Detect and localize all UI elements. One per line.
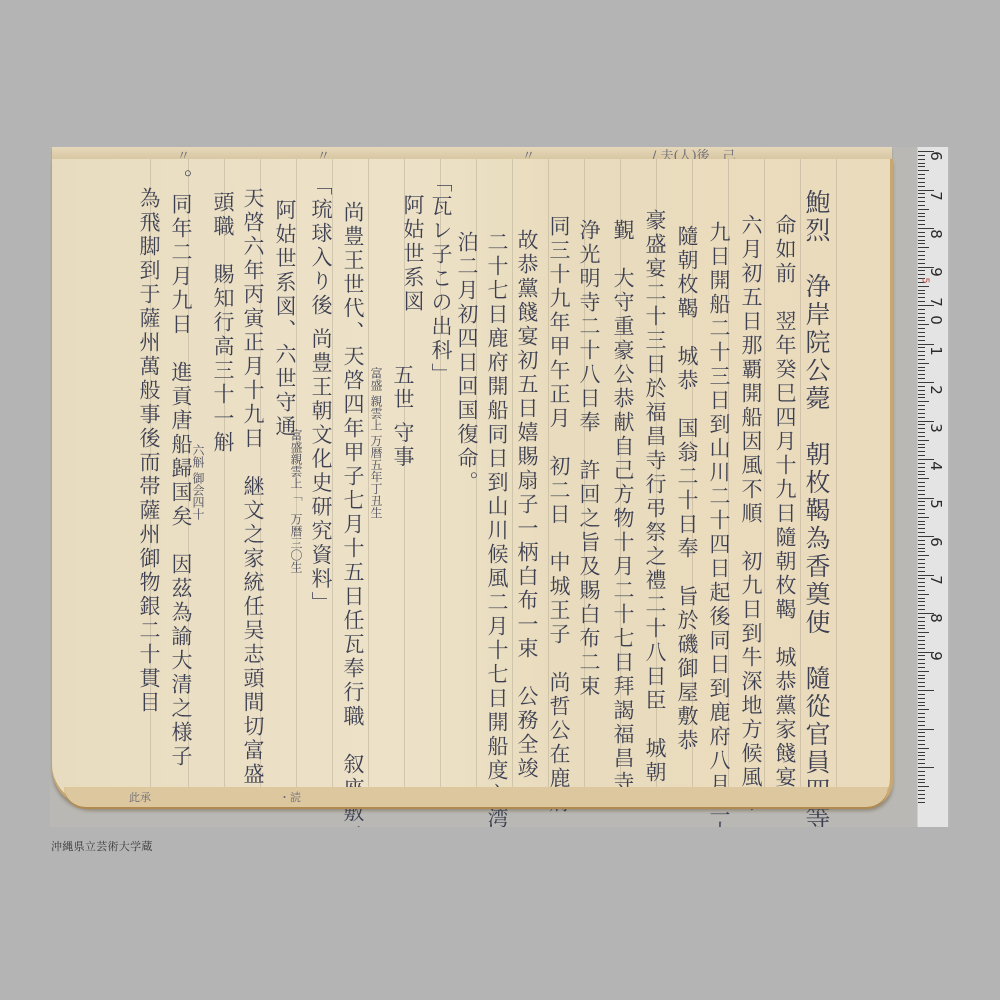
ruler-tick	[918, 440, 929, 441]
ruler-tick	[918, 671, 929, 672]
ruler-tick	[918, 270, 925, 271]
ruler-tick	[918, 320, 925, 321]
ruler-tick	[918, 471, 925, 472]
ruler-tick	[918, 447, 925, 448]
ruler-tick	[918, 328, 925, 329]
ruler-tick	[918, 494, 925, 495]
ruler-tick	[918, 332, 925, 333]
ruler-tick	[918, 763, 925, 764]
ruler-tick	[918, 293, 925, 294]
handwritten-note: 六斛 御会四十	[192, 444, 204, 520]
ruler-tick	[918, 251, 925, 252]
ruler-tick	[918, 197, 925, 198]
ruler-tick	[918, 548, 925, 549]
handwritten-column: 六月初五日那覇開船因風不順 初九日到牛深地方候風十	[740, 214, 761, 814]
ruler-label: 2	[927, 385, 945, 395]
collection-credit: 沖縄県立芸術大学蔵	[51, 838, 153, 854]
ruler-tick	[918, 771, 925, 772]
ruler-tick	[918, 297, 925, 298]
ruler-tick	[918, 224, 925, 225]
ruler-tick	[918, 786, 929, 787]
handwritten-note: 富盛親雲上「 万暦三〇生	[290, 429, 302, 573]
ruler-tick	[918, 451, 925, 452]
ruler-tick	[918, 186, 925, 187]
ruler-tick	[918, 274, 925, 275]
ruler-tick	[918, 775, 925, 776]
ruler-tick	[918, 524, 925, 525]
ruler-tick	[918, 193, 925, 194]
ruler-tick	[918, 729, 934, 730]
ruler-tick	[918, 732, 925, 733]
ruler-tick	[918, 363, 929, 364]
ruler-label: 7	[927, 575, 945, 585]
ruler-tick	[918, 247, 929, 248]
ruler-tick	[918, 490, 925, 491]
ruler-tick	[918, 286, 929, 287]
ruler-tick	[918, 359, 925, 360]
ruler-tick	[918, 755, 925, 756]
ruler-tick	[918, 417, 925, 418]
ruler-tick	[918, 240, 925, 241]
handwritten-column: 浄光明寺二十八日奉 許回之旨及賜白布二束	[578, 219, 599, 699]
ruler-tick	[918, 390, 925, 391]
ruler-tick	[918, 347, 925, 348]
ruler-label-red: 5	[920, 277, 931, 283]
ruler-tick	[918, 216, 925, 217]
ruler-tick	[918, 628, 925, 629]
ruler-tick	[918, 513, 925, 514]
ruler-tick	[918, 255, 925, 256]
handwritten-column: 頭職 賜知行高三十一斛	[212, 191, 233, 455]
ruler-tick	[918, 644, 925, 645]
handwritten-column: 。同年二月九日 進貢唐船歸国矣 因茲為諭大清之様子	[170, 169, 191, 769]
ruler-tick	[918, 759, 925, 760]
ruler-tick	[918, 740, 925, 741]
handwritten-column: 鮑烈 浄岸院公薨 朝枚鞨為香奠使 隨從官員四等奉	[804, 189, 829, 827]
ruler-tick	[918, 598, 925, 599]
ruler-tick	[918, 344, 934, 345]
ruler-tick	[918, 351, 925, 352]
ruler-tick	[918, 459, 934, 460]
handwritten-column: 阿姑世系図、六世守通	[274, 199, 295, 439]
ruler-label: 7	[927, 191, 945, 201]
handwritten-column: 二十七日鹿府開船同日到山川候風二月十七日開船度之湾	[486, 231, 507, 827]
ruler-tick	[918, 205, 925, 206]
ruler-tick	[918, 290, 925, 291]
ruler-tick	[918, 717, 925, 718]
ruler-tick	[918, 705, 925, 706]
ruler-tick	[918, 609, 925, 610]
ruler-tick	[918, 166, 925, 167]
ruler-tick	[918, 636, 925, 637]
ruler-tick	[918, 659, 925, 660]
handwritten-column: 同三十九年甲午正月 初二日 中城王子 尚哲公在鹿府	[548, 215, 569, 815]
ruler-tick	[918, 682, 925, 683]
ruler-tick	[918, 767, 934, 768]
ruler-tick	[918, 563, 925, 564]
ruler-tick	[918, 313, 925, 314]
ruler-tick	[918, 374, 925, 375]
ruler-tick	[918, 259, 925, 260]
ruler-tick	[918, 521, 925, 522]
ruler-tick	[918, 605, 925, 606]
handwritten-column: 尚豊王世代、天啓四年甲子七月十五日任瓦奉行職 叙座敷、（年48）	[342, 201, 363, 827]
ruler-tick	[918, 794, 925, 795]
ruler-label: 6	[927, 151, 945, 161]
ruler-tick	[918, 698, 925, 699]
handwritten-note: 富盛 親雲上 万暦五年丁丑生	[370, 367, 382, 519]
ruler-tick	[918, 678, 925, 679]
ruled-line	[764, 159, 765, 797]
handwritten-column: 豪盛宴二十三日於福昌寺行弔祭之禮二十八日臣 城朝	[644, 209, 665, 785]
ruler-tick	[918, 532, 925, 533]
ruler-tick	[918, 409, 925, 410]
ruled-line	[512, 159, 513, 797]
ruler-tick	[918, 790, 925, 791]
ruler-tick	[918, 236, 925, 237]
ruler-tick	[918, 486, 925, 487]
ruler-tick	[918, 578, 925, 579]
ruler-label: 7	[927, 297, 945, 307]
ruler-tick	[918, 394, 925, 395]
ruler-tick	[918, 467, 925, 468]
ruler-tick	[918, 317, 925, 318]
edge-mark: 此承	[129, 789, 151, 805]
edge-mark: ・読	[279, 789, 301, 805]
ruler-tick	[918, 478, 929, 479]
ruler-tick	[918, 798, 925, 799]
ruler-tick	[918, 571, 925, 572]
ruler-tick	[918, 779, 925, 780]
ruler-tick	[918, 617, 925, 618]
ruler-tick	[918, 213, 925, 214]
ruler-tick	[918, 601, 925, 602]
ruler-tick	[918, 544, 925, 545]
ruler-tick	[918, 528, 925, 529]
ruler-label: 8	[927, 229, 945, 239]
ruler-tick	[918, 386, 925, 387]
ruler-tick	[918, 436, 925, 437]
ruler-label: 3	[927, 423, 945, 433]
handwritten-column: 覲 大守重豪公恭献自己方物十月二十七日拜謁福昌寺	[612, 219, 633, 795]
ruler-tick	[918, 505, 925, 506]
ruler-tick	[918, 686, 925, 687]
ruler-tick	[918, 482, 925, 483]
ruler-label: 4	[927, 461, 945, 471]
ruler-tick	[918, 709, 929, 710]
ruler-tick	[918, 586, 925, 587]
ruler-tick	[918, 551, 925, 552]
handwritten-column: 隨朝枚鞨 城恭 国翁二十日奉 旨於磯御屋敷恭	[676, 225, 697, 753]
ruler-tick	[918, 201, 925, 202]
ruled-line	[836, 159, 837, 797]
ruler-tick	[918, 559, 925, 560]
notebook-spread: 鮑烈 浄岸院公薨 朝枚鞨為香奠使 隨從官員四等奉 命如前 翌年癸巳四月十九日隨朝…	[52, 159, 893, 807]
ruler-tick	[918, 340, 925, 341]
handwritten-column: 九日開船二十三日到山川二十四日起後同日到鹿府八月二十日	[708, 221, 729, 827]
ruler-tick	[918, 367, 925, 368]
ruler-tick	[918, 690, 934, 691]
ruler-tick	[918, 378, 925, 379]
handwritten-column: 故恭黨餞宴初五日嬉賜扇子一柄白布一束 公務全竣	[516, 229, 537, 781]
ruler-tick	[918, 232, 925, 233]
ruler-tick	[918, 336, 925, 337]
ruler-tick	[918, 648, 925, 649]
ruler-tick	[918, 170, 929, 171]
ruler-tick	[918, 220, 925, 221]
underlying-page-edge: 此承 ・読	[64, 787, 888, 809]
handwritten-column: 泊二月初四日回国復命。	[456, 231, 477, 495]
ruler-tick	[918, 517, 929, 518]
ruler-tick	[918, 590, 925, 591]
ruled-line	[800, 159, 801, 797]
ruler-tick	[918, 474, 925, 475]
ruler-tick	[918, 663, 925, 664]
ruler-tick	[918, 370, 925, 371]
ruler-tick	[918, 455, 925, 456]
ruler-tick	[918, 463, 925, 464]
ruler-tick	[918, 355, 925, 356]
ruler-tick	[918, 594, 929, 595]
ruler-tick	[918, 702, 925, 703]
ruler-tick	[918, 182, 925, 183]
ruler-label: 8	[927, 613, 945, 623]
ruler-tick	[918, 174, 925, 175]
ruler-tick	[918, 625, 925, 626]
ruler-tick	[918, 744, 925, 745]
ruler-tick	[918, 655, 925, 656]
ruler-tick	[918, 309, 925, 310]
ruler-tick	[918, 567, 925, 568]
viewer-stage: 〃 〃 〃 / 夫(人)後 己	[0, 0, 1000, 1000]
ruler-tick	[918, 397, 925, 398]
handwritten-column: 五世 守事	[392, 364, 413, 470]
handwritten-column: 天啓六年丙寅正月十九日 継文之家統任吴志頭間切富盛地	[242, 187, 263, 811]
ruler-tick	[918, 721, 925, 722]
ruler-tick	[918, 632, 929, 633]
ruler-tick	[918, 501, 925, 502]
handwritten-column: 「琉球入り後 尚豊王朝文化史研究資料」	[310, 174, 331, 616]
ruler-tick	[918, 243, 925, 244]
manuscript-photo: 〃 〃 〃 / 夫(人)後 己	[50, 147, 950, 827]
ruler-label: 0	[927, 315, 945, 325]
ruler-label: 9	[927, 267, 945, 277]
ruler-tick	[918, 752, 925, 753]
ruler-tick	[918, 555, 929, 556]
ruler-tick	[918, 782, 925, 783]
ruler-tick	[918, 694, 925, 695]
ruler-tick	[918, 675, 925, 676]
ruler-tick	[918, 159, 925, 160]
ruler-tick	[918, 405, 925, 406]
ruler-tick	[918, 725, 925, 726]
ruler-tick	[918, 582, 925, 583]
ruler-label: 5	[927, 499, 945, 509]
ruler-tick	[918, 424, 925, 425]
ruler-tick	[918, 667, 925, 668]
ruler-tick	[918, 155, 925, 156]
ruler-label: 6	[927, 537, 945, 547]
ruler-tick	[918, 178, 925, 179]
ruler-tick	[918, 432, 925, 433]
ruler-tick	[918, 263, 925, 264]
measuring-ruler: 6 7 8 9 5 7 0 1 2 3 4 5 6 7 8 9	[917, 147, 948, 827]
ruler-tick	[918, 421, 934, 422]
ruler-tick	[918, 509, 925, 510]
ruler-tick	[918, 382, 934, 383]
ruler-tick	[918, 640, 925, 641]
ruler-tick	[918, 413, 925, 414]
ruler-tick	[918, 401, 929, 402]
ruler-tick	[918, 428, 925, 429]
ruler-tick	[918, 736, 925, 737]
ruler-tick	[918, 621, 925, 622]
ruler-tick	[918, 713, 925, 714]
ruler-tick	[918, 540, 925, 541]
ruler-tick	[918, 748, 929, 749]
ruler-tick	[918, 301, 925, 302]
ruler-tick	[918, 444, 925, 445]
handwritten-column: 為飛脚到于薩州萬般事後而帯薩州御物銀二十貫目	[138, 187, 159, 715]
ruler-label: 1	[927, 346, 945, 356]
handwritten-column: 阿姑世系図	[402, 194, 423, 314]
handwritten-column: 「瓦レ子この出科」	[430, 171, 451, 387]
ruler-tick	[918, 209, 929, 210]
ruler-label: 9	[927, 651, 945, 661]
handwritten-column: 命如前 翌年癸巳四月十九日隨朝枚鞨 城恭黨家餞宴	[774, 214, 795, 790]
ruler-tick	[918, 802, 925, 803]
ruler-tick	[918, 163, 925, 164]
